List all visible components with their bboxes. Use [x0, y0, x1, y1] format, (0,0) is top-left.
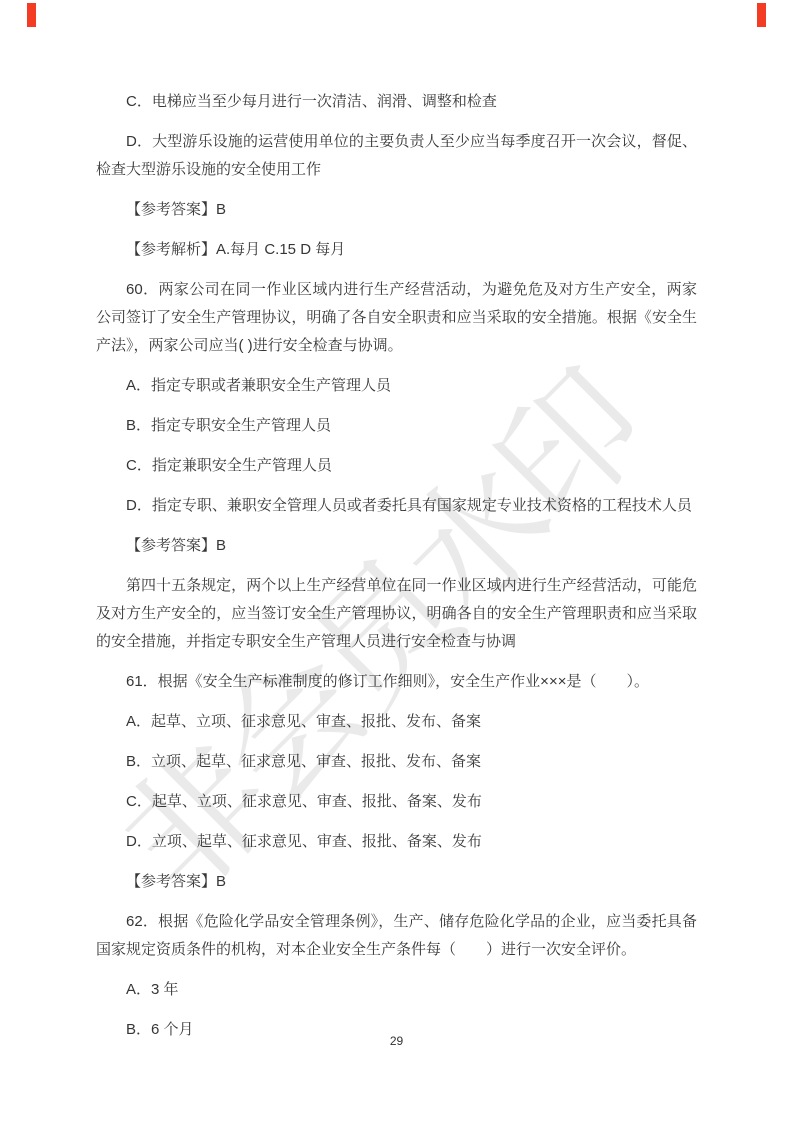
option-line: D．立项、起草、征求意见、审查、报批、备案、发布	[96, 828, 697, 856]
option-line: B．立项、起草、征求意见、审查、报批、发布、备案	[96, 748, 697, 776]
option-line: C．指定兼职安全生产管理人员	[96, 452, 697, 480]
option-line: A．指定专职或者兼职安全生产管理人员	[96, 372, 697, 400]
red-edge-mark-right	[757, 3, 766, 27]
reference-answer: 【参考答案】B	[96, 532, 697, 560]
option-line: C．起草、立项、征求意见、审查、报批、备案、发布	[96, 788, 697, 816]
red-edge-mark-left	[27, 3, 36, 27]
reference-answer: 【参考答案】B	[96, 868, 697, 896]
document-body: C．电梯应当至少每月进行一次清洁、润滑、调整和检查 D．大型游乐设施的运营使用单…	[96, 88, 697, 1056]
question-stem: 60．两家公司在同一作业区域内进行生产经营活动，为避免危及对方生产安全，两家公司…	[96, 276, 697, 360]
option-line: D．大型游乐设施的运营使用单位的主要负责人至少应当每季度召开一次会议，督促、检查…	[96, 128, 697, 184]
option-line: C．电梯应当至少每月进行一次清洁、润滑、调整和检查	[96, 88, 697, 116]
document-page: 非会员水印 C．电梯应当至少每月进行一次清洁、润滑、调整和检查 D．大型游乐设施…	[0, 0, 793, 1122]
reference-explanation: 【参考解析】A.每月 C.15 D 每月	[96, 236, 697, 264]
option-line: A．起草、立项、征求意见、审查、报批、发布、备案	[96, 708, 697, 736]
option-line: A．3 年	[96, 976, 697, 1004]
option-line: D．指定专职、兼职安全管理人员或者委托具有国家规定专业技术资格的工程技术人员	[96, 492, 697, 520]
question-stem: 62．根据《危险化学品安全管理条例》，生产、储存危险化学品的企业，应当委托具备国…	[96, 908, 697, 964]
question-stem: 61．根据《安全生产标准制度的修订工作细则》，安全生产作业×××是（ ）。	[96, 668, 697, 696]
explanation-paragraph: 第四十五条规定，两个以上生产经营单位在同一作业区域内进行生产经营活动，可能危及对…	[96, 572, 697, 656]
page-number: 29	[0, 1034, 793, 1048]
reference-answer: 【参考答案】B	[96, 196, 697, 224]
option-line: B．指定专职安全生产管理人员	[96, 412, 697, 440]
